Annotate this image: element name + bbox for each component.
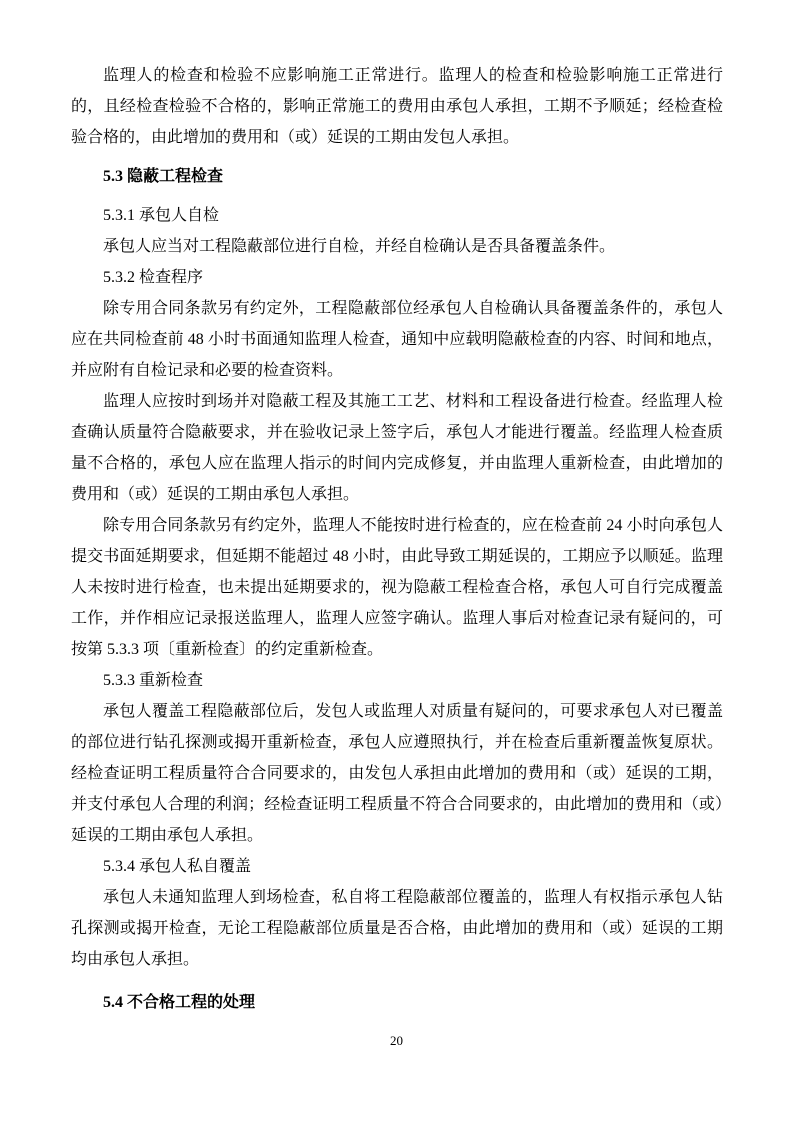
paragraph-contractor-self-check: 承包人应当对工程隐蔽部位进行自检，并经自检确认是否具备覆盖条件。 (71, 231, 723, 262)
page-number: 20 (0, 1032, 793, 1050)
section-heading-5-3: 5.3 隐蔽工程检查 (71, 161, 723, 192)
clause-heading-5-3-3: 5.3.3 重新检查 (71, 665, 723, 696)
paragraph-inspection-delay: 除专用合同条款另有约定外，监理人不能按时进行检查的，应在检查前 24 小时向承包… (71, 510, 723, 665)
paragraph-unauthorized-cover: 承包人未通知监理人到场检查，私自将工程隐蔽部位覆盖的，监理人有权指示承包人钻孔探… (71, 882, 723, 975)
clause-heading-5-3-1: 5.3.1 承包人自检 (71, 200, 723, 231)
document-page: 监理人的检查和检验不应影响施工正常进行。监理人的检查和检验影响施工正常进行的，且… (0, 0, 793, 1122)
section-heading-5-4: 5.4 不合格工程的处理 (71, 987, 723, 1018)
paragraph-supervision-inspection: 监理人的检查和检验不应影响施工正常进行。监理人的检查和检验影响施工正常进行的，且… (71, 60, 723, 153)
clause-heading-5-3-4: 5.3.4 承包人私自覆盖 (71, 851, 723, 882)
clause-heading-5-3-2: 5.3.2 检查程序 (71, 262, 723, 293)
paragraph-inspection-notice: 除专用合同条款另有约定外，工程隐蔽部位经承包人自检确认具备覆盖条件的，承包人应在… (71, 293, 723, 386)
paragraph-re-inspection: 承包人覆盖工程隐蔽部位后，发包人或监理人对质量有疑问的，可要求承包人对已覆盖的部… (71, 696, 723, 851)
paragraph-supervisor-onsite-check: 监理人应按时到场并对隐蔽工程及其施工工艺、材料和工程设备进行检查。经监理人检查确… (71, 386, 723, 510)
page-body: 监理人的检查和检验不应影响施工正常进行。监理人的检查和检验影响施工正常进行的，且… (71, 60, 723, 1018)
